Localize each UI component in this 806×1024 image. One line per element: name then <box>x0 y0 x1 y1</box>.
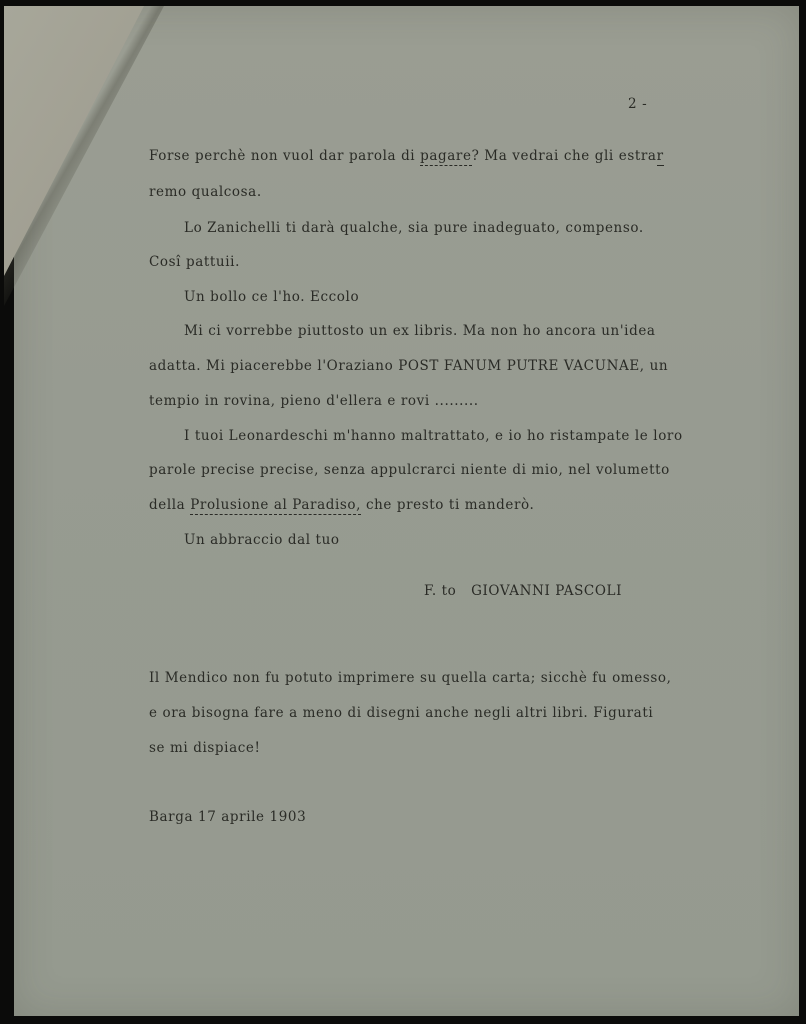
page-number: 2 - <box>628 96 647 112</box>
text-run: della <box>149 497 190 513</box>
underlined-word-pagare: pagare <box>420 148 471 166</box>
signature: F. to GIOVANNI PASCOLI <box>424 583 622 599</box>
postscript-line-1: Il Mendico non fu potuto imprimere su qu… <box>149 670 671 686</box>
postscript-line-3: se mi dispiace! <box>149 740 261 756</box>
postscript-line-2: e ora bisogna fare a meno di disegni anc… <box>149 705 653 721</box>
paragraph-4-line-2: adatta. Mi piacerebbe l'Oraziano POST FA… <box>149 358 668 374</box>
paragraph-5-line-2: parole precise precise, senza appulcrarc… <box>149 462 670 478</box>
paragraph-3-line-1: Un bollo ce l'ho. Eccolo <box>184 289 359 305</box>
paragraph-1-line-2: remo qualcosa. <box>149 184 262 200</box>
place-and-date: Barga 17 aprile 1903 <box>149 809 306 825</box>
paragraph-1-line-1: Forse perchè non vuol dar parola di paga… <box>149 148 664 164</box>
paragraph-4-line-1: Mi ci vorrebbe piuttosto un ex libris. M… <box>184 323 656 339</box>
text-run: che presto ti manderò. <box>361 497 534 513</box>
signature-name: GIOVANNI PASCOLI <box>471 583 622 599</box>
paragraph-2-line-2: Cosî pattuii. <box>149 254 240 270</box>
signature-prefix: F. to <box>424 583 456 599</box>
paragraph-4-line-3: tempio in rovina, pieno d'ellera e rovi … <box>149 393 479 409</box>
closing-line: Un abbraccio dal tuo <box>184 532 340 548</box>
paragraph-5-line-3: della Prolusione al Paradiso, che presto… <box>149 497 534 513</box>
scanned-page: 2 - Forse perchè non vuol dar parola di … <box>0 0 806 1024</box>
paragraph-5-line-1: I tuoi Leonardeschi m'hanno maltrattato,… <box>184 428 683 444</box>
paragraph-2-line-1: Lo Zanichelli ti darà qualche, sia pure … <box>184 220 644 236</box>
underlined-letter: r <box>657 148 664 166</box>
text-run: Forse perchè non vuol dar parola di <box>149 148 420 164</box>
text-run: ? Ma vedrai che gli estra <box>472 148 657 164</box>
underlined-title: Prolusione al Paradiso, <box>190 497 361 515</box>
